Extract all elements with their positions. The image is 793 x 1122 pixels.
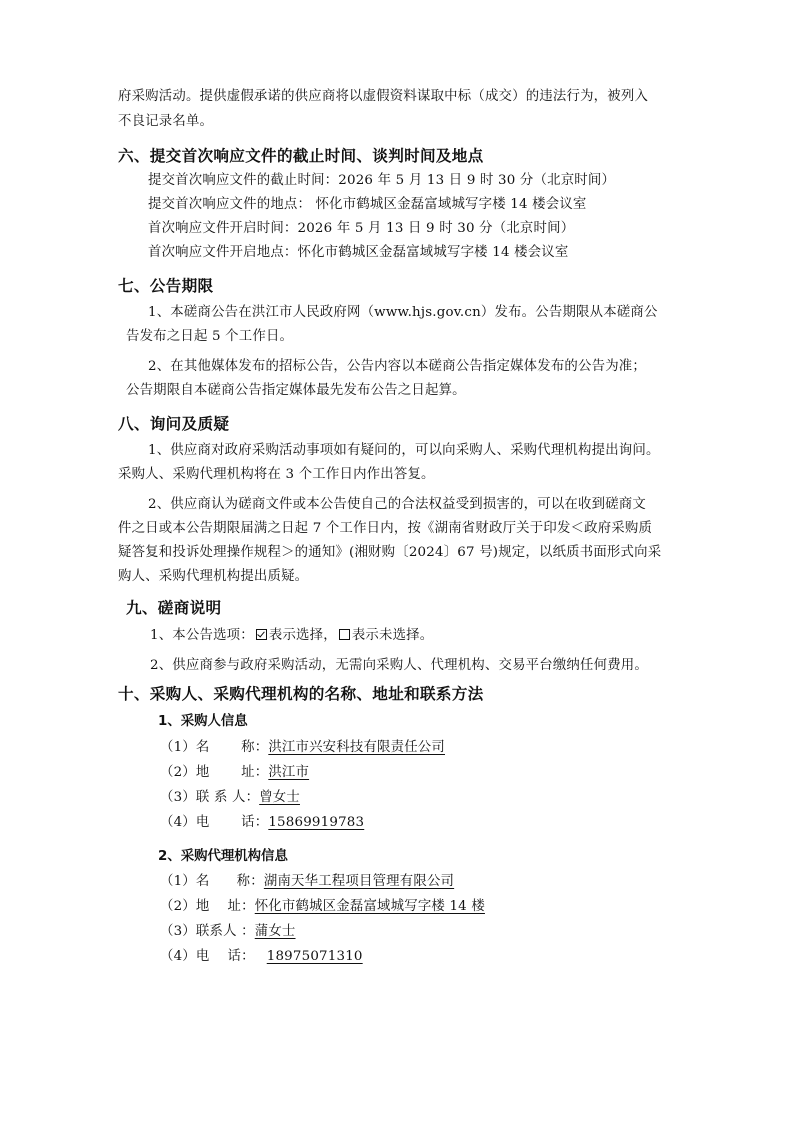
section-9-p2: 2、供应商参与政府采购活动，无需向采购人、代理机构、交易平台缴纳任何费用。: [150, 657, 648, 675]
section-6-opening-time: 首次响应文件开启时间：2026 年 5 月 13 日 9 时 30 分（北京时间…: [148, 220, 574, 238]
agency-contact-label: （3）联系人 ：: [160, 924, 255, 939]
section-8-p1-line-1: 1、供应商对政府采购活动事项如有疑问的，可以向采购人、采购代理机构提出询问。: [148, 442, 660, 460]
section-8-p2-line-2: 件之日或本公告期限届满之日起 7 个工作日内，按《湖南省财政厅关于印发＜政府采购…: [118, 520, 652, 538]
section-9-p1: 1、本公告选项：表示选择，表示未选择。: [150, 627, 433, 645]
purchaser-address-row: （2）地 址：洪江市: [160, 764, 309, 782]
checked-box-icon: [256, 629, 267, 640]
document-page: 府采购活动。提供虚假承诺的供应商将以虚假资料谋取中标（成交）的违法行为，被列入 …: [0, 0, 793, 1122]
purchaser-contact-row: （3）联 系 人：曾女士: [160, 789, 300, 807]
section-10-heading: 十、采购人、采购代理机构的名称、地址和联系方法: [118, 684, 484, 704]
section-7-p1-line-1: 1、本磋商公告在洪江市人民政府网（www.hjs.gov.cn）发布。公告期限从…: [148, 304, 658, 322]
purchaser-info-heading: 1、采购人信息: [158, 713, 248, 731]
purchaser-name-label: （1）名 称：: [160, 740, 268, 755]
purchaser-phone-value: 15869919783: [268, 815, 364, 830]
section-6-deadline: 提交首次响应文件的截止时间：2026 年 5 月 13 日 9 时 30 分（北…: [148, 172, 615, 190]
section-9-p1-prefix: 1、本公告选项：: [150, 628, 254, 643]
section-6-opening-location: 首次响应文件开启地点：怀化市鹤城区金磊富域城写字楼 14 楼会议室: [148, 244, 568, 262]
section-8-p2-line-1: 2、供应商认为磋商文件或本公告使自己的合法权益受到损害的，可以在收到磋商文: [148, 496, 646, 514]
agency-phone-label: （4）电 话：: [160, 949, 255, 964]
section-6-heading: 六、提交首次响应文件的截止时间、谈判时间及地点: [118, 146, 484, 166]
agency-address-row: （2）地 址：怀化市鹤城区金磊富域城写字楼 14 楼: [160, 898, 493, 916]
agency-address-label: （2）地 址：: [160, 899, 255, 914]
agency-address-value: 怀化市鹤城区金磊富域城写字楼 14 楼: [255, 899, 493, 914]
purchaser-contact-label: （3）联 系 人：: [160, 790, 259, 805]
section-7-heading: 七、公告期限: [118, 276, 213, 296]
section-9-checked-label: 表示选择，: [269, 628, 337, 643]
purchaser-address-label: （2）地 址：: [160, 765, 268, 780]
purchaser-phone-row: （4）电 话：15869919783: [160, 814, 364, 832]
section-8-p1-line-2: 采购人、采购代理机构将在 3 个工作日内作出答复。: [118, 466, 435, 484]
agency-phone-row: （4）电 话：18975071310: [160, 948, 371, 966]
purchaser-address-value: 洪江市: [268, 765, 309, 780]
agency-contact-row: （3）联系人 ：蒲女士: [160, 923, 324, 941]
section-6-submit-location: 提交首次响应文件的地点： 怀化市鹤城区金磊富域城写字楼 14 楼会议室: [148, 196, 587, 214]
section-9-heading: 九、磋商说明: [126, 598, 221, 618]
purchaser-contact-value: 曾女士: [259, 790, 300, 805]
agency-name-label: （1）名 称：: [160, 874, 264, 889]
purchaser-name-row: （1）名 称：洪江市兴安科技有限责任公司: [160, 739, 445, 757]
agency-name-value: 湖南天华工程项目管理有限公司: [264, 874, 454, 889]
section-7-p2-line-1: 2、在其他媒体发布的招标公告，公告内容以本磋商公告指定媒体发布的公告为准；: [148, 358, 646, 376]
section-8-p2-line-4: 购人、采购代理机构提出质疑。: [118, 568, 308, 586]
section-9-unchecked-label: 表示未选择。: [352, 628, 434, 643]
intro-line-2: 不良记录名单。: [118, 113, 213, 131]
section-7-p1-line-2: 告发布之日起 5 个工作日。: [126, 328, 293, 346]
purchaser-name-value: 洪江市兴安科技有限责任公司: [268, 740, 445, 755]
section-8-p2-line-3: 疑答复和投诉处理操作规程＞的通知》(湘财购〔2024〕67 号)规定，以纸质书面…: [118, 544, 661, 562]
agency-info-heading: 2、采购代理机构信息: [158, 848, 288, 866]
agency-name-row: （1）名 称：湖南天华工程项目管理有限公司: [160, 873, 454, 891]
intro-line-1: 府采购活动。提供虚假承诺的供应商将以虚假资料谋取中标（成交）的违法行为，被列入: [118, 88, 648, 106]
section-7-p2-line-2: 公告期限自本磋商公告指定媒体最先发布公告之日起算。: [126, 382, 466, 400]
agency-contact-value: 蒲女士: [255, 924, 324, 939]
agency-phone-value: 18975071310: [255, 949, 371, 964]
purchaser-phone-label: （4）电 话：: [160, 815, 268, 830]
unchecked-box-icon: [339, 629, 350, 640]
section-8-heading: 八、询问及质疑: [118, 414, 229, 434]
